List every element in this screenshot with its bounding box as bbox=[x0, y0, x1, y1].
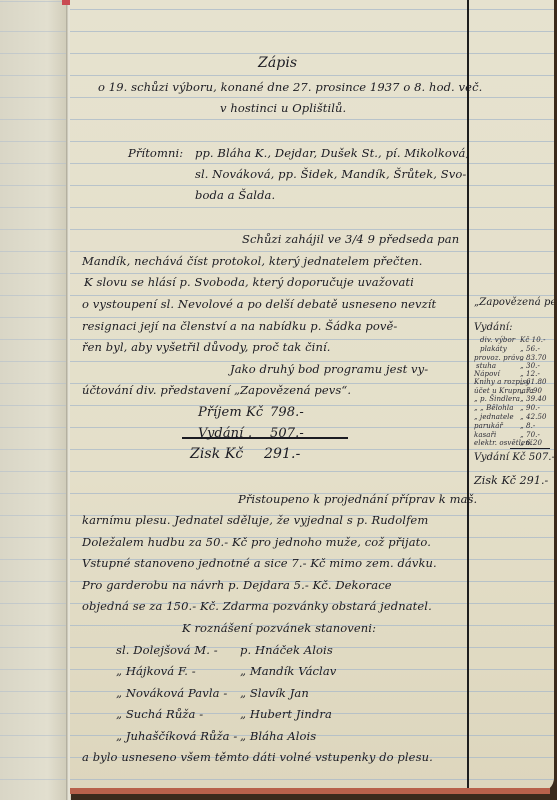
paragraph3-line-1: Přistoupeno k projednání příprav k maš. bbox=[238, 492, 477, 506]
paragraph2-line-1: Jako druhý bod programu jest vy- bbox=[230, 362, 428, 376]
expense-value: 507.- bbox=[270, 426, 304, 441]
paragraph3-line-5: Pro garderobu na návrh p. Dejdara 5.- Kč… bbox=[82, 578, 392, 592]
income-label: Příjem Kč bbox=[198, 405, 263, 420]
distribution-right-4: „ Hubert Jindra bbox=[240, 707, 332, 721]
paragraph1-line-6: řen byl, aby vyšetřil důvody, proč tak č… bbox=[82, 340, 330, 354]
closing-line: a bylo usneseno všem těmto dáti volné vs… bbox=[82, 750, 433, 764]
margin-item-value: „ 7.90 bbox=[520, 387, 542, 395]
sum-line bbox=[182, 437, 348, 439]
margin-sum-line bbox=[510, 448, 550, 449]
margin-item-value: „ 56.- bbox=[520, 345, 540, 353]
distribution-right-2: „ Mandík Václav bbox=[240, 664, 336, 678]
page-bottom-edge bbox=[70, 788, 550, 794]
document-title: Zápis bbox=[258, 55, 297, 71]
distribution-left-4: „ Suchá Růža - bbox=[116, 707, 203, 721]
attendance-line-3: boda a Šalda. bbox=[195, 188, 275, 202]
paragraph3-line-2: karnímu plesu. Jednatel sděluje, že vyje… bbox=[82, 513, 428, 527]
paragraph3-line-3: Doležalem hudbu za 50.- Kč pro jednoho m… bbox=[82, 535, 431, 549]
margin-total-expense: Vydání Kč 507.- bbox=[474, 452, 554, 463]
margin-item-value: „ 42.50 bbox=[520, 413, 547, 421]
distribution-right-5: „ Bláha Alois bbox=[240, 729, 316, 743]
margin-item-value: „ 8.- bbox=[520, 422, 535, 430]
margin-item-label: Nápoví bbox=[474, 370, 500, 378]
margin-item-label: plakáty bbox=[480, 345, 507, 353]
margin-item-value: „ 39.40 bbox=[520, 395, 547, 403]
margin-item-label: „ jednatele bbox=[474, 413, 514, 421]
paragraph1-line-4: o vystoupení sl. Nevolové a po delší deb… bbox=[82, 297, 436, 311]
margin-item-label: stuha bbox=[476, 362, 496, 370]
margin-item-value: „ 83.70 bbox=[520, 354, 547, 362]
paragraph1-line-3: K slovu se hlásí p. Svoboda, který dopor… bbox=[84, 275, 414, 289]
margin-item-value: „ 12.- bbox=[520, 370, 540, 378]
attendance-line-1: pp. Bláha K., Dejdar, Dušek St., pí. Mik… bbox=[195, 146, 469, 160]
margin-item-label: div. výbor bbox=[480, 336, 515, 344]
expense-label: Vydání bbox=[198, 426, 243, 441]
paragraph2-line-2: účtování div. představení „Zapovězená pe… bbox=[82, 383, 351, 397]
margin-profit: Zisk Kč 291.- bbox=[474, 474, 548, 487]
attendance-line-2: sl. Nováková, pp. Šidek, Mandík, Šrůtek,… bbox=[195, 167, 466, 181]
attendance-label: Přítomni: bbox=[128, 146, 183, 160]
distribution-heading: K roznášení pozvánek stanoveni: bbox=[182, 621, 376, 635]
distribution-right-3: „ Slavík Jan bbox=[240, 686, 309, 700]
margin-item-label: „ „ Bělohla bbox=[474, 404, 513, 412]
distribution-right-1: p. Hnáček Alois bbox=[240, 643, 333, 657]
margin-expenses-label: Vydání: bbox=[474, 322, 513, 333]
distribution-left-3: „ Nováková Pavla - bbox=[116, 686, 227, 700]
ledger-book: Zápis o 19. schůzi výboru, konané dne 27… bbox=[0, 0, 557, 800]
income-value: 798.- bbox=[270, 405, 304, 420]
margin-item-value: „ 61.80 bbox=[520, 378, 547, 386]
margin-item-value: „ 6.20 bbox=[520, 439, 542, 447]
paragraph1-line-2: Mandík, nechává číst protokol, který jed… bbox=[82, 254, 423, 268]
margin-heading: „Zapovězená pevs“ bbox=[474, 297, 554, 308]
paragraph3-line-6: objedná se za 150.- Kč. Zdarma pozvánky … bbox=[82, 599, 432, 613]
margin-item-value: „ 70.- bbox=[520, 431, 540, 439]
distribution-left-5: „ Juhaščíková Růža - bbox=[116, 729, 237, 743]
margin-item-value: „ 30.- bbox=[520, 362, 540, 370]
paragraph1-line-1: Schůzi zahájil ve 3/4 9 předseda pan bbox=[242, 232, 459, 246]
paragraph1-line-5: resignaci její na členství a na nabídku … bbox=[82, 319, 397, 333]
left-page bbox=[0, 0, 68, 800]
margin-item-label: provoz. právo bbox=[474, 354, 524, 362]
right-page: Zápis o 19. schůzi výboru, konané dne 27… bbox=[70, 0, 554, 792]
profit-value: 291.- bbox=[264, 446, 300, 462]
header-line-1: o 19. schůzi výboru, konané dne 27. pros… bbox=[98, 80, 482, 94]
margin-rule bbox=[467, 0, 469, 790]
distribution-left-2: „ Hájková F. - bbox=[116, 664, 196, 678]
expense-ditto: . bbox=[248, 426, 252, 441]
margin-item-label: „ p. Šindlera bbox=[474, 395, 520, 403]
distribution-left-1: sl. Dolejšová M. - bbox=[116, 643, 218, 657]
margin-item-label: parukář bbox=[474, 422, 503, 430]
margin-item-label: kasaři bbox=[474, 431, 496, 439]
margin-item-value: „ 90.- bbox=[520, 404, 540, 412]
header-line-2: v hostinci u Oplištilů. bbox=[220, 101, 346, 115]
profit-label: Zisk Kč bbox=[190, 446, 243, 462]
margin-item-value: Kč 10.- bbox=[520, 336, 546, 344]
paragraph3-line-4: Vstupné stanoveno jednotné a sice 7.- Kč… bbox=[82, 556, 437, 570]
